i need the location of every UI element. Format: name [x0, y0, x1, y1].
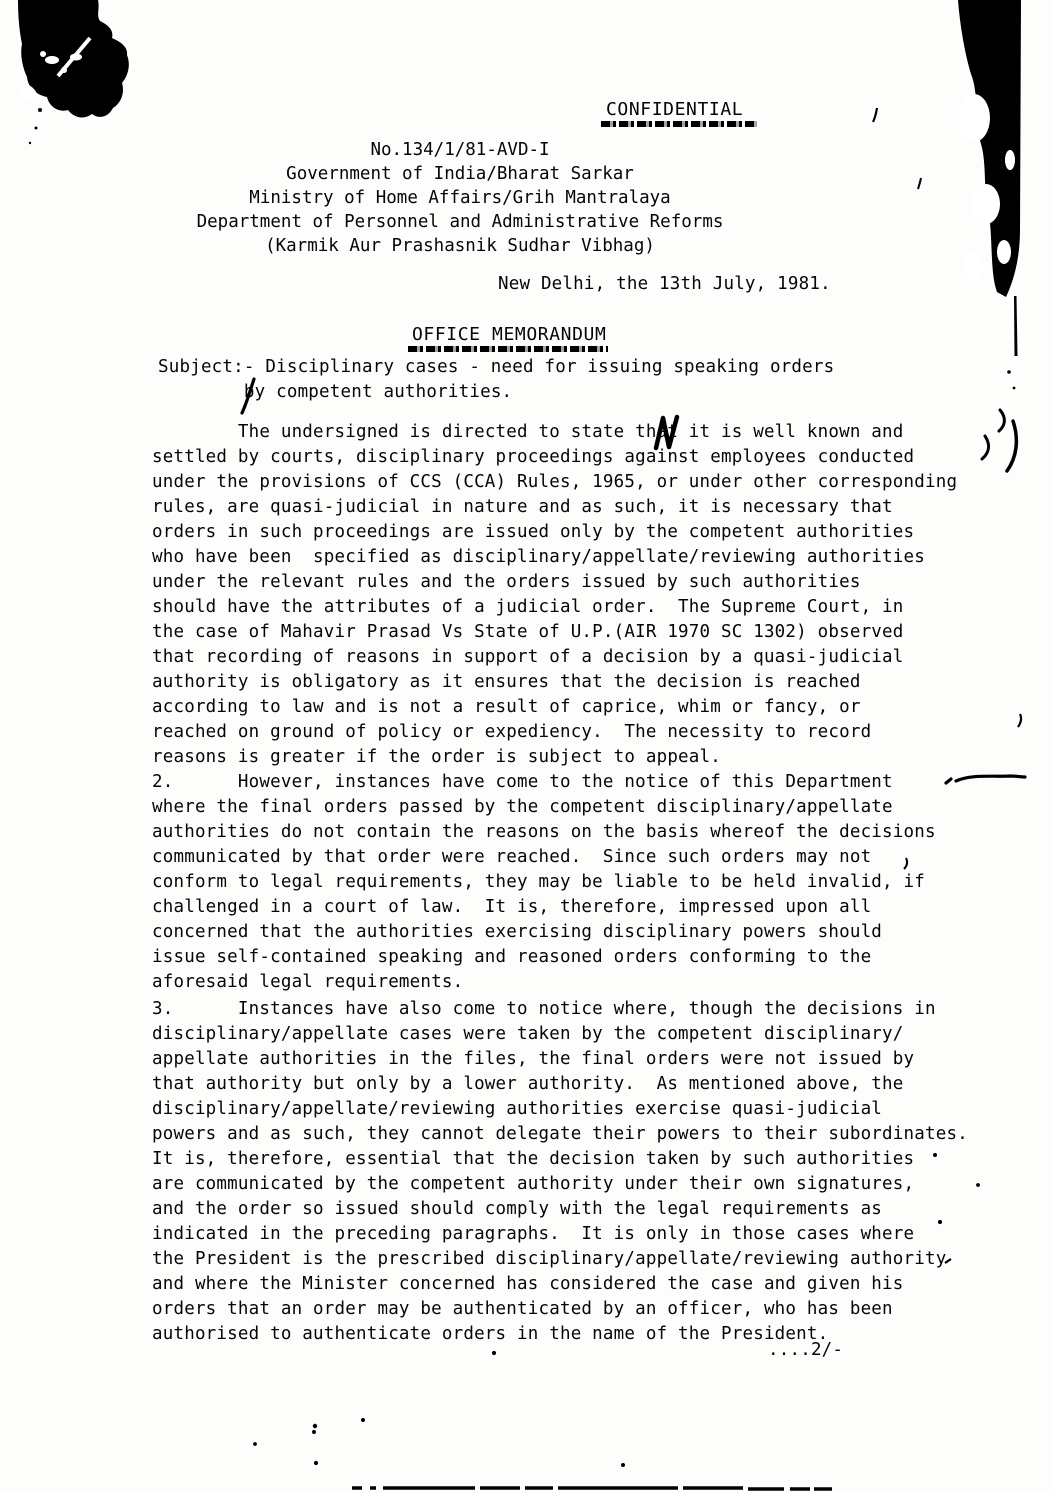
ink-blob-top-left — [18, 0, 129, 144]
scanned-memo-page: CONFIDENTIAL No.134/1/81-AVD-I Governmen… — [0, 0, 1053, 1493]
scan-artifacts-layer — [0, 0, 1053, 1493]
handwritten-correction-mark — [656, 417, 677, 448]
ink-blob-top-right — [958, 0, 1021, 471]
margin-pen-dash — [946, 776, 1025, 783]
ink-specks — [254, 108, 1021, 1467]
bottom-broken-rule — [352, 1488, 832, 1489]
pen-stroke-subject — [242, 379, 254, 413]
